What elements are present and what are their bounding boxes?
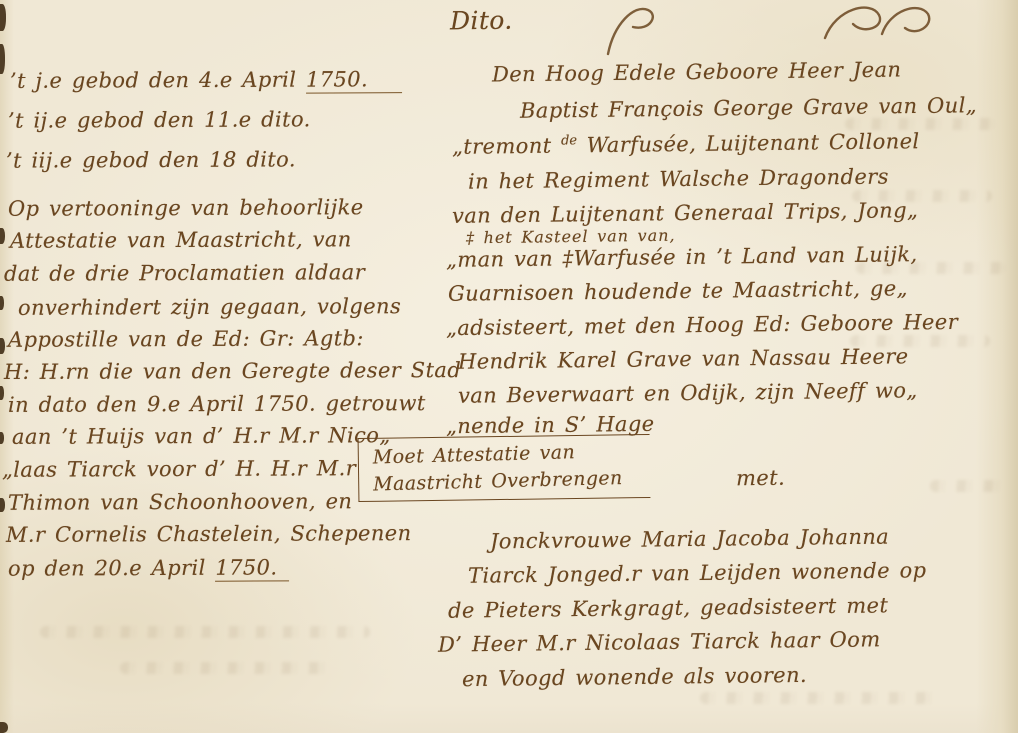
banns-line-2: ’t ij.e gebod den 11.e dito.: [8, 107, 311, 132]
groom-line-4: in het Regiment Walsche Dragonders: [468, 164, 889, 193]
ink-blot: [0, 296, 4, 310]
banns-line-3: ’t iij.e gebod den 18 dito.: [6, 147, 296, 172]
attestation-line-2: Attestatie van Maastricht, van: [10, 227, 352, 252]
groom-line-6: „man van ‡Warfusée in ’t Land van Luijk,: [446, 242, 918, 272]
groom-line-3-rest: Warfusée, Luijtenant Collonel: [577, 129, 920, 157]
attestation-line-9: „laas Tiarck voor d’ H. H.r M.r: [2, 456, 356, 482]
bleed-through-smudge: [845, 118, 995, 130]
banns-line-1-text: ’t j.e gebod den 4.e April: [10, 68, 306, 93]
ink-blot: [0, 386, 4, 400]
groom-line-3-prefix: „tremont: [452, 134, 561, 159]
ink-blot: [0, 228, 5, 244]
bleed-through-smudge: [930, 480, 1005, 492]
bride-line-2: Tiarck Jonged.r van Leijden wonende op: [468, 558, 927, 588]
superscript-de: de: [561, 133, 577, 148]
dito-heading: Dito.: [450, 6, 513, 36]
groom-line-10: van Beverwaart en Odijk, zijn Neeff wo„: [458, 378, 918, 408]
bleed-through-smudge: [120, 662, 330, 674]
interlinear-insertion: ‡ het Kasteel van van,: [466, 226, 676, 248]
ink-blot: [0, 722, 8, 733]
bride-line-4: D’ Heer M.r Nicolaas Tiarck haar Oom: [438, 627, 881, 656]
underlined-year: 1750.: [215, 555, 289, 581]
ink-blot: [0, 44, 5, 74]
manuscript-page: ’t j.e gebod den 4.e April 1750. ’t ij.e…: [0, 0, 1018, 733]
attestation-line-8: aan ’t Huijs van d’ H.r M.r Nico„: [12, 423, 391, 449]
bleed-through-smudge: [40, 626, 370, 638]
attestation-line-6: H: H.rn die van den Geregte deser Stad: [4, 358, 461, 384]
attestation-line-4: onverhindert zijn gegaan, volgens: [18, 294, 401, 320]
groom-line-1: Den Hoog Edele Geboore Heer Jean: [492, 58, 902, 87]
ink-blot: [0, 4, 6, 31]
attestation-line-5: Appostille van de Ed: Gr: Agtb:: [8, 326, 364, 352]
attestation-line-7: in dato den 9.e April 1750. getrouwt: [8, 391, 426, 417]
attestation-line-1: Op vertooninge van behoorlijke: [8, 195, 364, 221]
ink-blot: [0, 338, 5, 354]
attestation-line-10: Thimon van Schoonhooven, en: [8, 489, 352, 515]
underlined-year: 1750.: [306, 67, 402, 93]
annotation-box: Moet Attestatie van Maastricht Overbreng…: [358, 434, 651, 502]
groom-line-3: „tremont de Warfusée, Luijtenant Collone…: [452, 129, 920, 159]
attestation-line-12: op den 20.e April 1750.: [8, 555, 290, 580]
groom-line-7: Guarnisoen houdende te Maastricht, ge„: [448, 276, 908, 306]
bleed-through-smudge: [700, 692, 940, 704]
met-connector: met.: [736, 466, 785, 491]
bride-line-5: en Voogd wonende als vooren.: [462, 663, 807, 691]
groom-line-5: van den Luijtenant Generaal Trips, Jong„: [452, 198, 919, 228]
bride-line-1: Jonckvrouwe Maria Jacoba Johanna: [490, 525, 889, 554]
attestation-line-3: dat de drie Proclamatien aldaar: [4, 260, 365, 286]
ink-blot: [0, 432, 4, 444]
attestation-line-12-text: op den 20.e April: [8, 556, 215, 581]
cropped-flourish-strokes: [530, 0, 1010, 56]
banns-line-1: ’t j.e gebod den 4.e April 1750.: [10, 67, 402, 93]
bride-line-3: de Pieters Kerkgragt, geadsisteert met: [448, 593, 889, 622]
attestation-line-11: M.r Cornelis Chastelein, Schepenen: [6, 521, 412, 547]
groom-line-9: Hendrik Karel Grave van Nassau Heere: [458, 344, 909, 374]
ink-blot: [0, 498, 5, 512]
